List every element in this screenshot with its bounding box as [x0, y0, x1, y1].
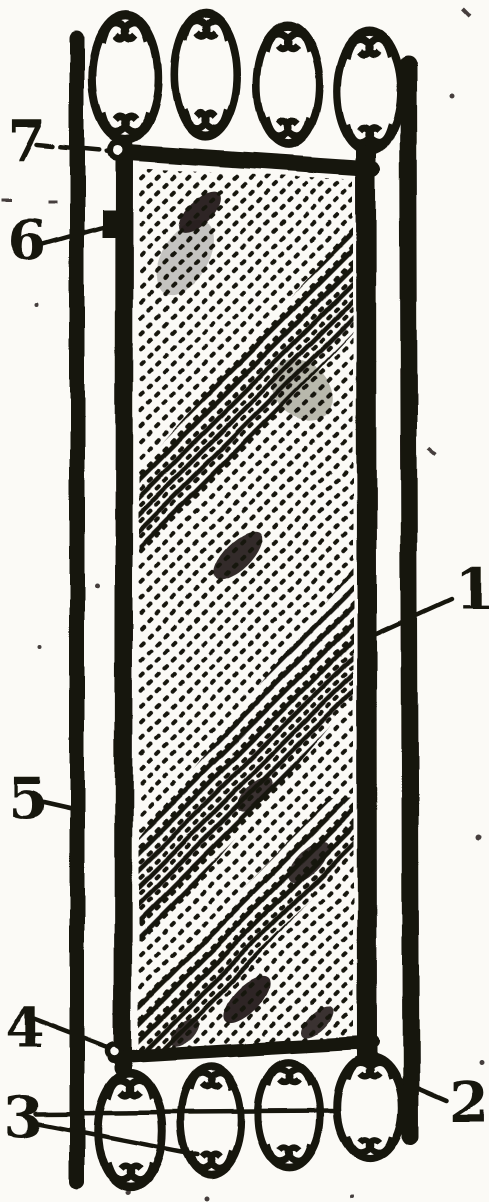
mirror-panel-hatched: [139, 168, 353, 1052]
callout-5-label: 5: [8, 766, 47, 832]
callout-1-label: 1: [455, 556, 489, 622]
noise-speck: [38, 644, 42, 648]
noise-speck: [479, 1061, 484, 1066]
noise-speck: [126, 1192, 131, 1197]
scanned-diagram: 7 6 5 4 3 2 1: [0, 0, 489, 1202]
callout-3-label: 3: [4, 1084, 43, 1150]
noise-speck: [95, 584, 100, 589]
callout-4-ring-marker: [107, 1044, 121, 1058]
outer-rail-right: [408, 66, 411, 1137]
noise-speck: [2, 198, 13, 201]
panel-edge-left: [123, 146, 124, 1068]
noise-speck: [475, 835, 481, 841]
noise-speck: [450, 94, 455, 99]
side-clip-block: [102, 209, 123, 237]
noise-speck: [350, 1195, 354, 1199]
noise-speck: [48, 201, 57, 204]
callout-3-leader-horizontal: [36, 1111, 334, 1113]
callout-6-label: 6: [8, 208, 47, 274]
callout-2-label: 2: [450, 1070, 489, 1136]
drawing-rough-group: 7 6 5 4 3 2 1: [2, 7, 489, 1201]
callout-7-label: 7: [8, 108, 47, 174]
panel-edge-right: [366, 150, 367, 1055]
callout-4-label: 4: [4, 996, 43, 1062]
callout-7-ring-marker: [110, 142, 126, 158]
noise-speck: [205, 1197, 210, 1202]
spring-mounted-panel-figure: 7 6 5 4 3 2 1: [0, 0, 489, 1202]
noise-speck: [35, 303, 39, 307]
